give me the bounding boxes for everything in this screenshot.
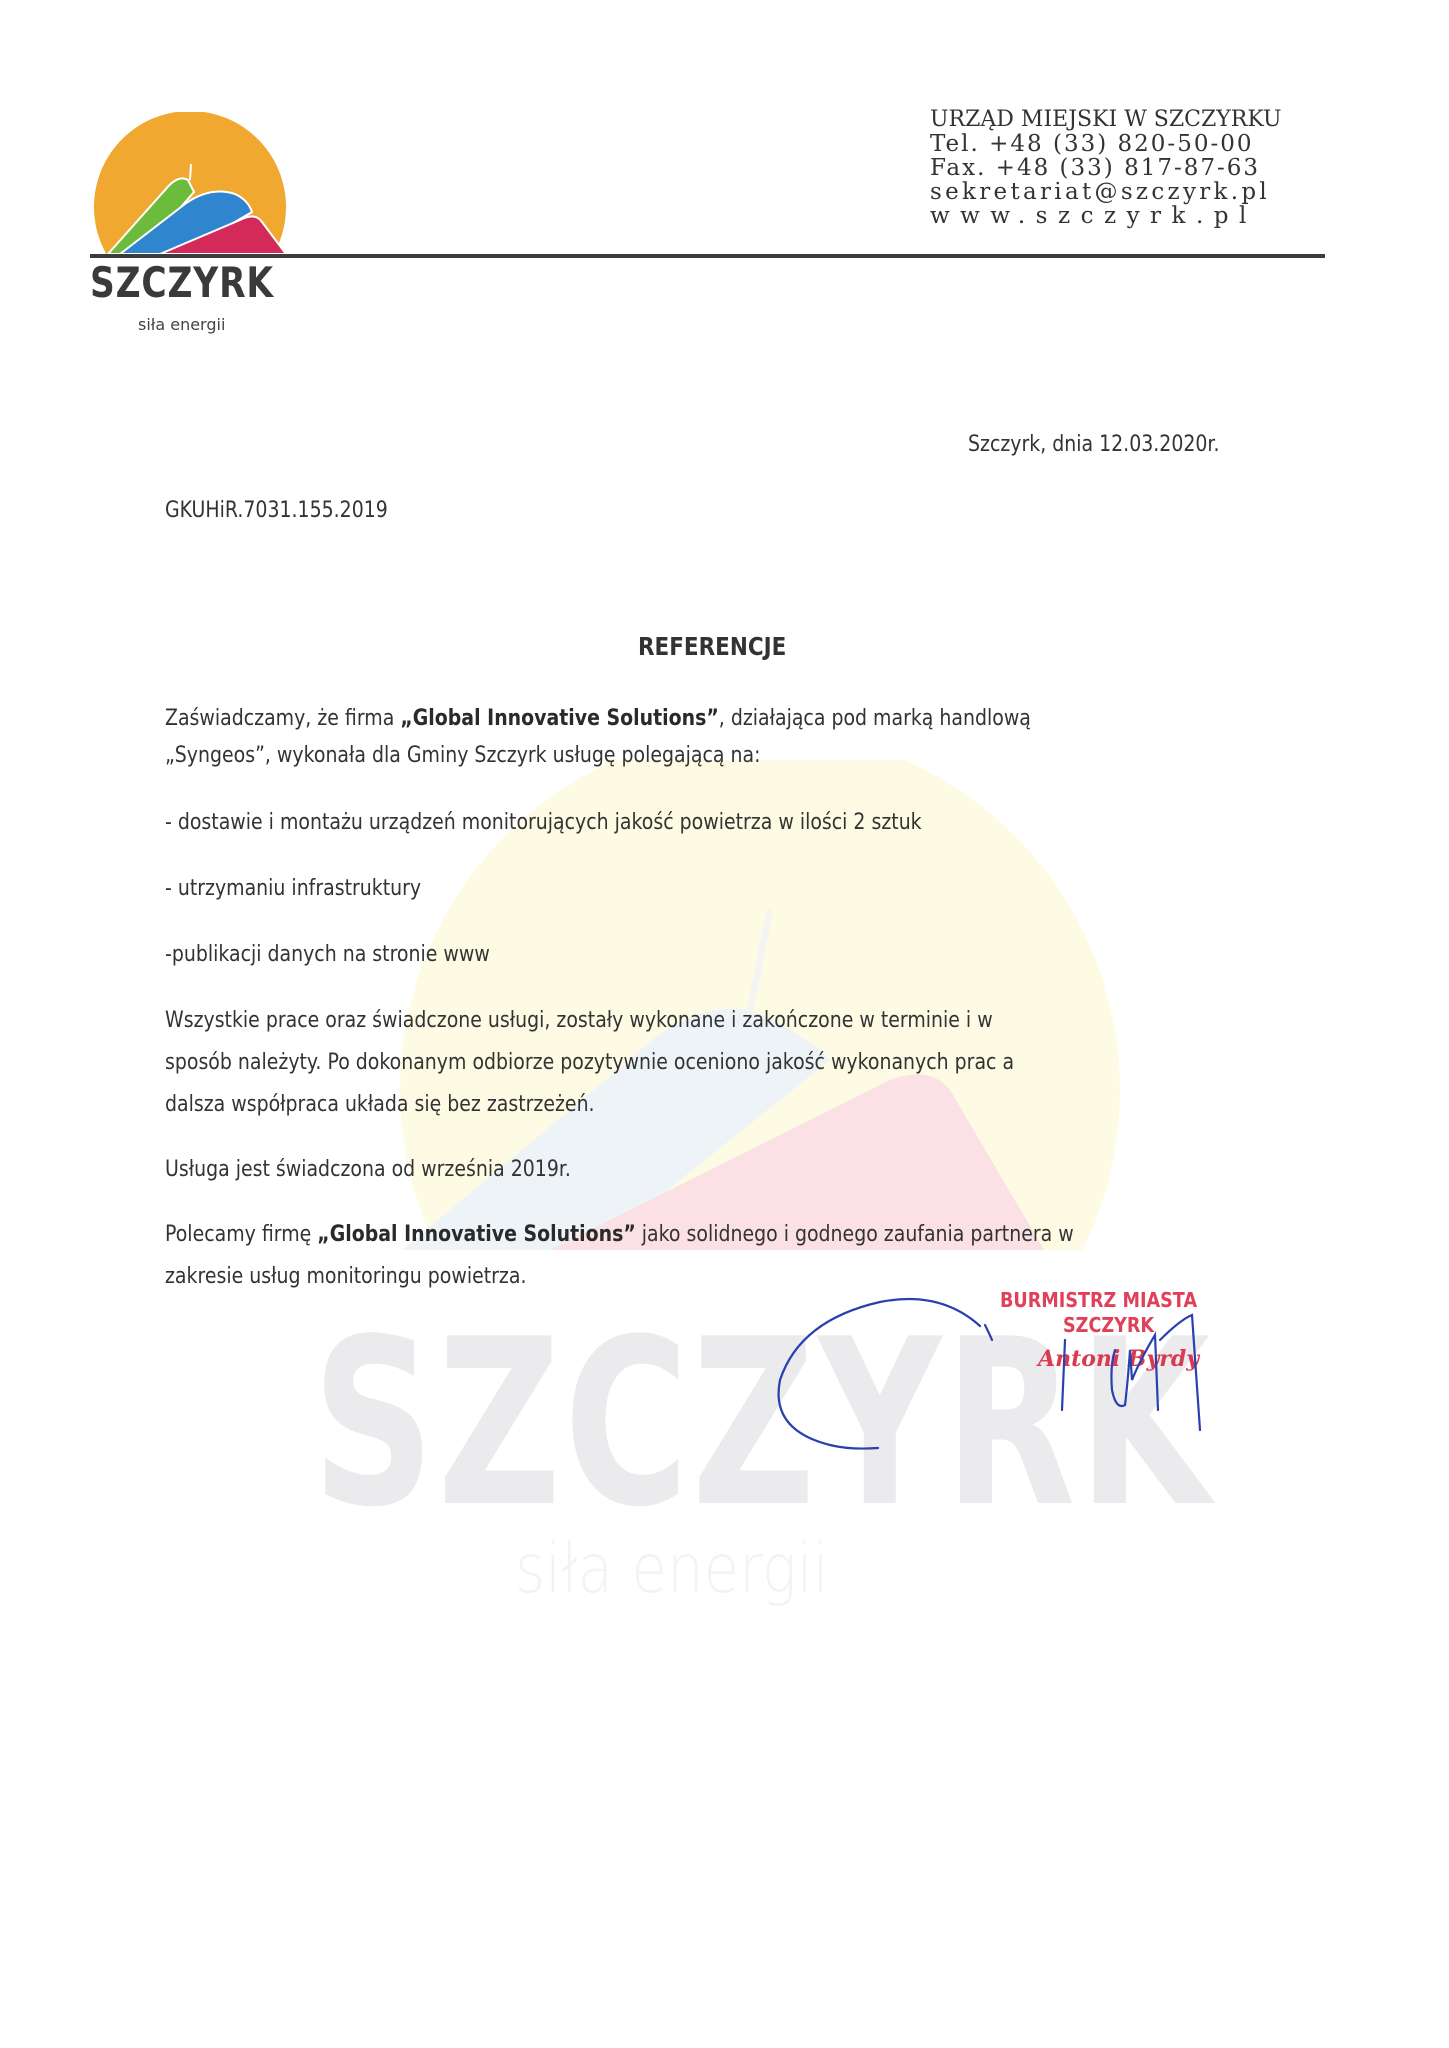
place-date: Szczyrk, dnia 12.03.2020r. [968, 432, 1219, 457]
logo-tagline: siła energii [138, 315, 225, 334]
company-name: „Global Innovative Solutions” [317, 1222, 635, 1247]
phone-number: Tel. +48 (33) 820-50-00 [930, 132, 1282, 156]
szczyrk-logo-icon [90, 112, 290, 262]
assessment-line: dalsza współpraca układa się bez zastrze… [165, 1092, 595, 1117]
header-divider [90, 254, 1325, 258]
fax-number: Fax. +48 (33) 817-87-63 [930, 156, 1282, 180]
contact-block: URZĄD MIEJSKI W SZCZYRKU Tel. +48 (33) 8… [930, 108, 1282, 228]
service-item: - utrzymaniu infrastruktury [165, 876, 421, 901]
service-item: - dostawie i montażu urządzeń monitorują… [165, 810, 922, 835]
office-name: URZĄD MIEJSKI W SZCZYRKU [930, 108, 1282, 132]
watermark-tagline: siła energii [515, 1530, 829, 1609]
signature-icon [760, 1280, 1300, 1460]
intro-line-1: Zaświadczamy, że firma „Global Innovativ… [165, 706, 1031, 731]
service-since: Usługa jest świadczona od września 2019r… [165, 1157, 571, 1182]
letter-title: REFERENCJE [638, 632, 786, 661]
reference-number: GKUHiR.7031.155.2019 [165, 498, 388, 523]
recommendation-line-2: zakresie usług monitoringu powietrza. [165, 1264, 526, 1289]
company-name: „Global Innovative Solutions” [400, 706, 718, 731]
email-address: sekretariat@szczyrk.pl [930, 180, 1282, 204]
assessment-line: Wszystkie prace oraz świadczone usługi, … [165, 1008, 993, 1033]
assessment-line: sposób należyty. Po dokonanym odbiorze p… [165, 1050, 1014, 1075]
logo-name: SZCZYRK [90, 258, 274, 307]
website-address: www.szczyrk.pl [930, 204, 1282, 228]
service-item: -publikacji danych na stronie www [165, 942, 490, 967]
intro-line-2: „Syngeos”, wykonała dla Gminy Szczyrk us… [165, 743, 760, 768]
recommendation-line-1: Polecamy firmę „Global Innovative Soluti… [165, 1222, 1074, 1247]
